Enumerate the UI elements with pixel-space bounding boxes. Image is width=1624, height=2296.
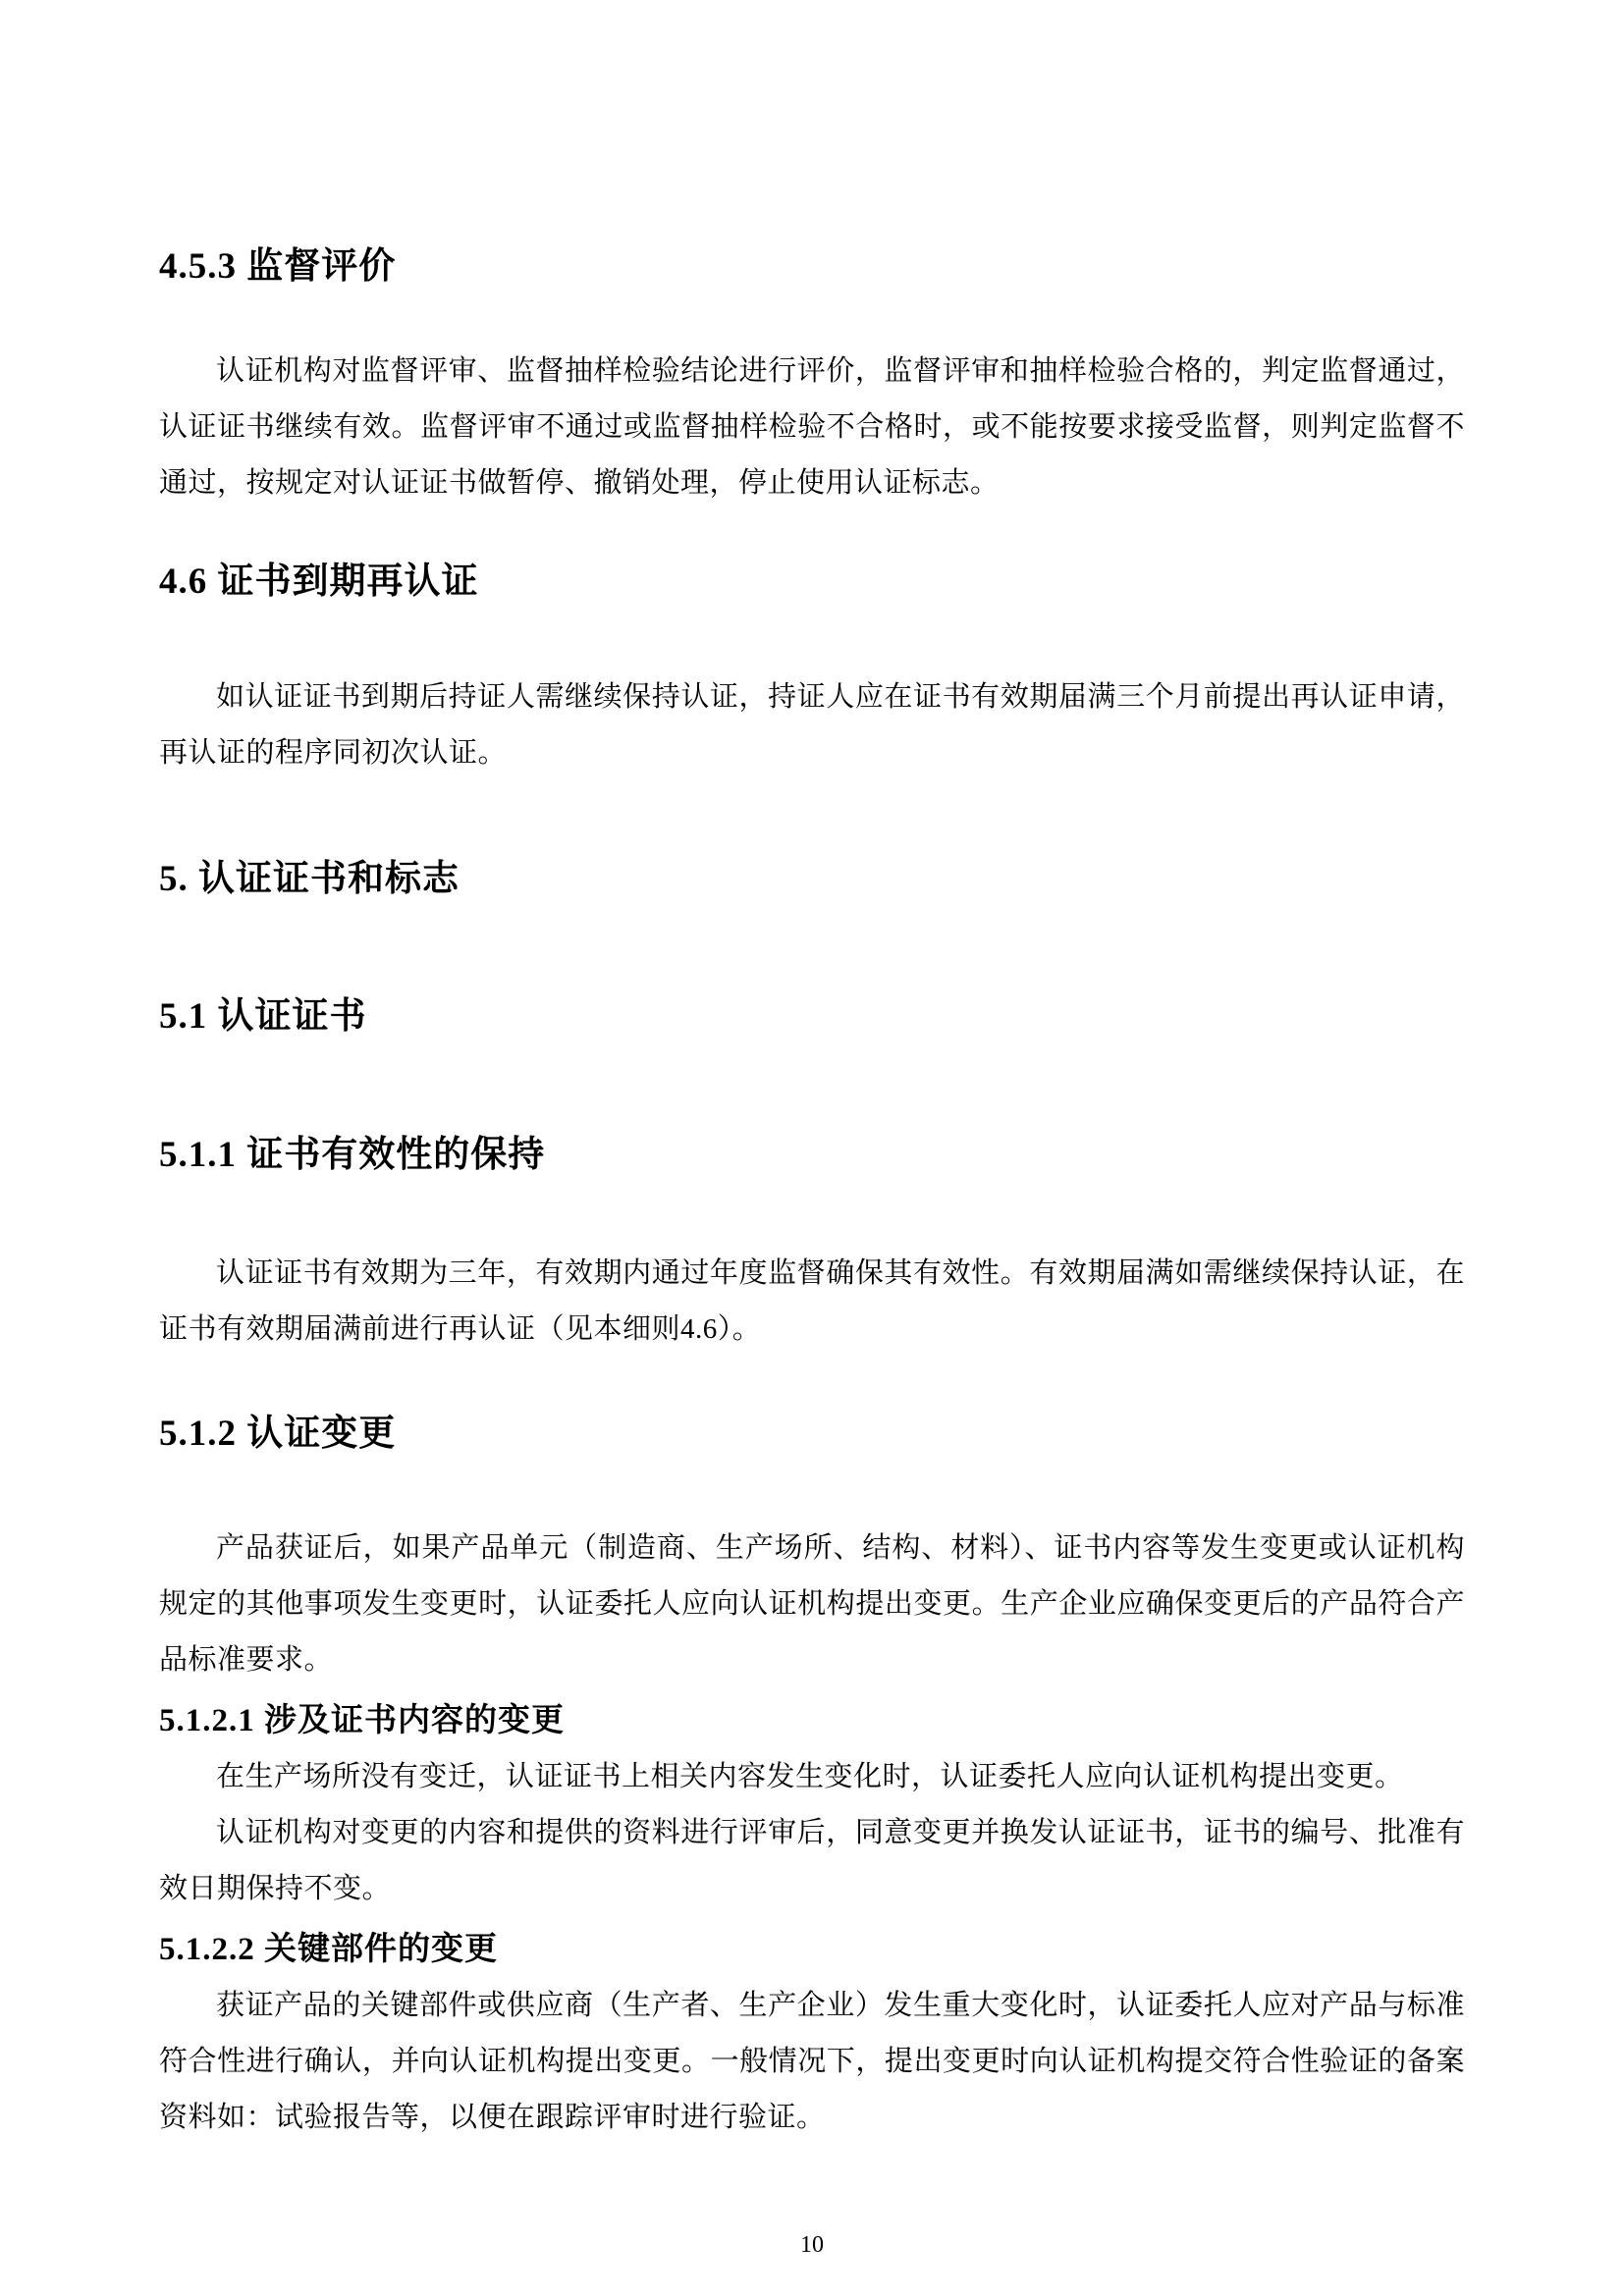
section-heading-5-1-2: 5.1.2 认证变更 bbox=[159, 1413, 1465, 1456]
section-heading-5: 5. 认证证书和标志 bbox=[159, 858, 1465, 901]
section-heading-5-1: 5.1 认证证书 bbox=[159, 995, 1465, 1039]
section-5-1-1-paragraph: 认证证书有效期为三年，有效期内通过年度监督确保其有效性。有效期届满如需继续保持认… bbox=[159, 1246, 1465, 1358]
section-5-1-2-1-paragraph-2: 认证机构对变更的内容和提供的资料进行评审后，同意变更并换发认证证书，证书的编号、… bbox=[159, 1805, 1465, 1917]
section-heading-5-1-1: 5.1.1 证书有效性的保持 bbox=[159, 1134, 1465, 1177]
section-5-1-2-paragraph: 产品获证后，如果产品单元（制造商、生产场所、结构、材料）、证书内容等发生变更或认… bbox=[159, 1521, 1465, 1688]
document-page: 4.5.3 监督评价 认证机构对监督评审、监督抽样检验结论进行评价，监督评审和抽… bbox=[0, 0, 1624, 2296]
section-heading-5-1-2-2: 5.1.2.2 关键部件的变更 bbox=[159, 1931, 1465, 1970]
section-4-5-3-paragraph: 认证机构对监督评审、监督抽样检验结论进行评价，监督评审和抽样检验合格的，判定监督… bbox=[159, 344, 1465, 511]
section-heading-4-6: 4.6 证书到期再认证 bbox=[159, 561, 1465, 604]
section-5-1-2-2-paragraph: 获证产品的关键部件或供应商（生产者、生产企业）发生重大变化时，认证委托人应对产品… bbox=[159, 1978, 1465, 2146]
section-4-6-paragraph: 如认证证书到期后持证人需继续保持认证，持证人应在证书有效期届满三个月前提出再认证… bbox=[159, 669, 1465, 781]
section-5-1-2-1-paragraph-1: 在生产场所没有变迁，认证证书上相关内容发生变化时，认证委托人应向认证机构提出变更… bbox=[159, 1749, 1465, 1805]
section-heading-4-5-3: 4.5.3 监督评价 bbox=[159, 245, 1465, 289]
page-number: 10 bbox=[0, 2232, 1624, 2259]
section-heading-5-1-2-1: 5.1.2.1 涉及证书内容的变更 bbox=[159, 1702, 1465, 1741]
